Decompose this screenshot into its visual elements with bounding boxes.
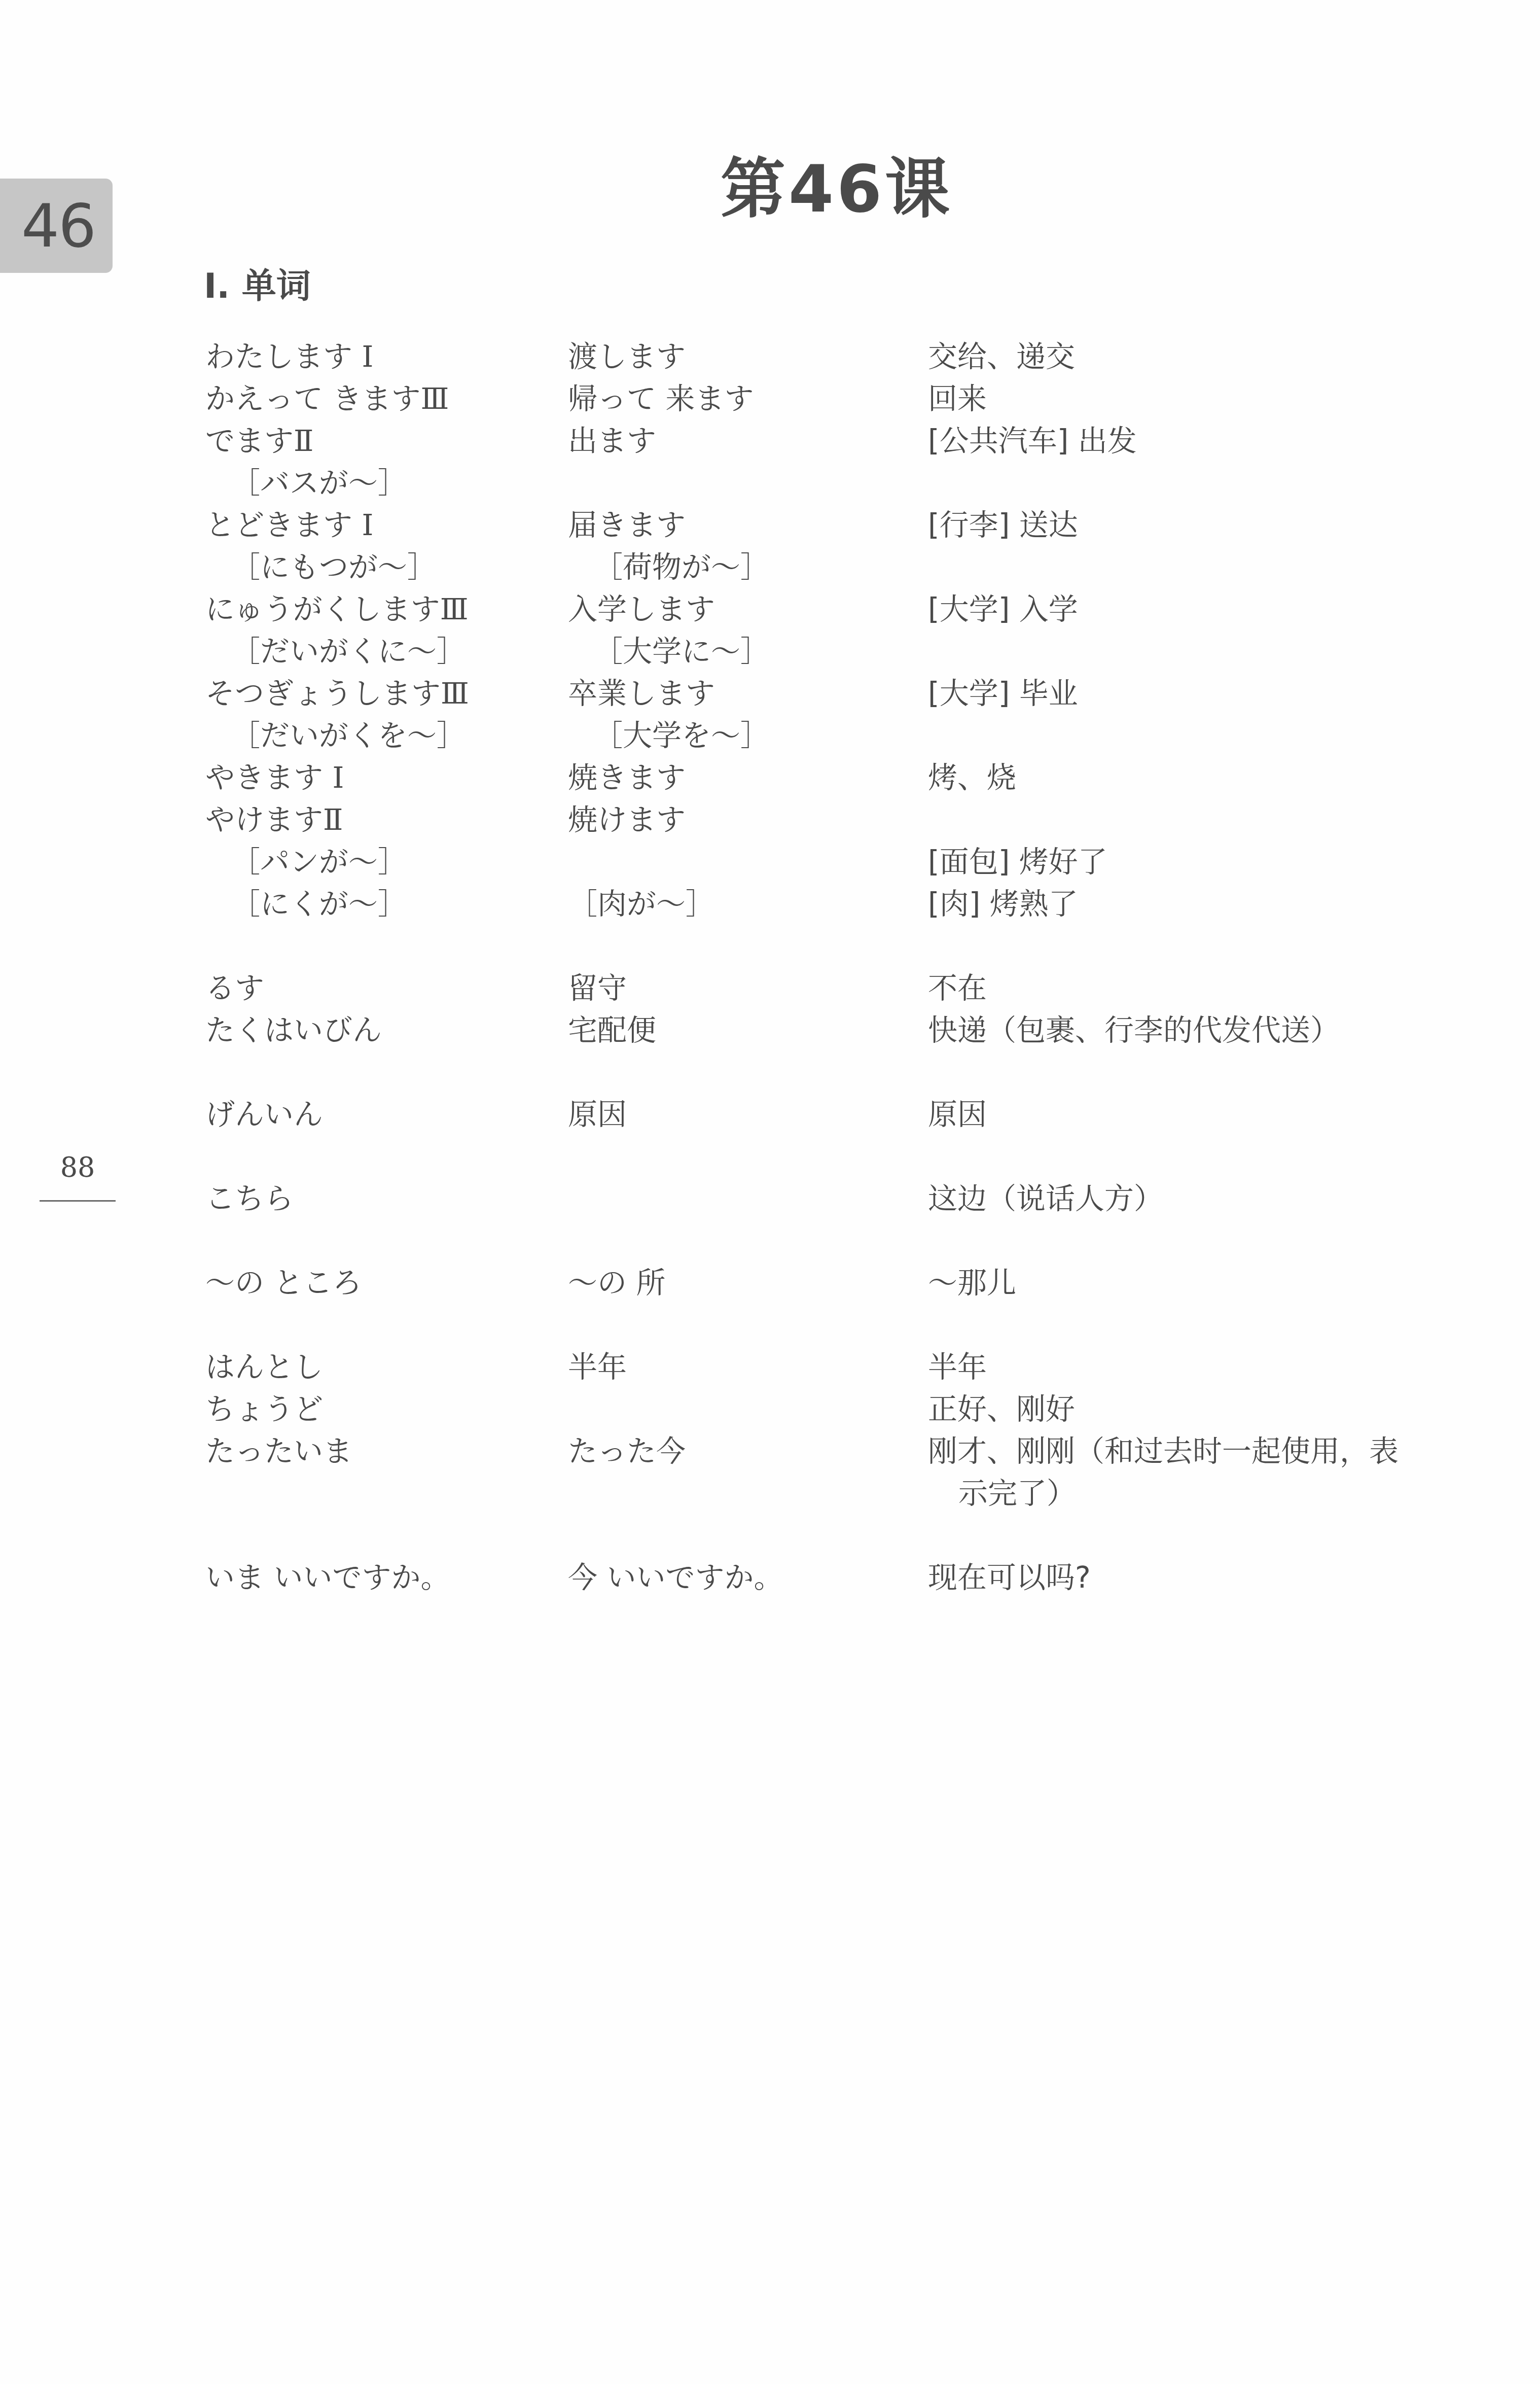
kanji: 原因: [568, 1094, 627, 1136]
kana: そつぎょうしますⅢ: [205, 673, 469, 715]
vocab-row: ～の ところ ～の 所 ～那儿: [0, 1262, 1540, 1304]
vocab-subrow: ［にもつが～］ ［荷物が～］: [0, 546, 1540, 588]
kana: たったいま: [205, 1430, 352, 1473]
kana: るす: [205, 967, 264, 1009]
vocab-subrow: ［パンが～］ [面包] 烤好了: [0, 841, 1540, 883]
kanji: 卒業します: [568, 673, 715, 715]
vocab-row: たったいま たった今 刚才、刚刚（和过去时一起使用，表: [0, 1430, 1540, 1473]
kana: やきます I: [205, 757, 344, 799]
kana-usage: ［だいがくを～］: [231, 715, 466, 757]
vocab-row: げんいん 原因 原因: [0, 1094, 1540, 1136]
vocab-row-continuation: 示完了）: [0, 1473, 1540, 1515]
vocab-row: るす 留守 不在: [0, 967, 1540, 1009]
vocab-row: やきます I 焼きます 烤、烧: [0, 757, 1540, 799]
meaning: [面包] 烤好了: [928, 841, 1107, 883]
kana-usage: ［バスが～］: [231, 462, 407, 504]
page-title: 第46课: [659, 137, 1014, 230]
vocab-row: にゅうがくしますⅢ 入学します [大学] 入学: [0, 588, 1540, 630]
lesson-tab-number: 46: [17, 191, 95, 261]
meaning: 烤、烧: [928, 757, 1016, 799]
vocab-row: わたします I 渡します 交给、递交: [0, 336, 1540, 378]
meaning: 快递（包裹、行李的代发代送）: [928, 1009, 1340, 1051]
spacer: [0, 1304, 1540, 1346]
kana: こちら: [205, 1178, 294, 1220]
kanji: 焼けます: [568, 799, 686, 841]
kanji: 出ます: [568, 420, 656, 462]
kana: はんとし: [205, 1346, 323, 1388]
vocab-row: でますⅡ 出ます [公共汽车] 出发: [0, 420, 1540, 462]
spacer: [0, 1051, 1540, 1094]
vocab-row: こちら 这边（说话人方）: [0, 1178, 1540, 1220]
meaning: 原因: [928, 1094, 987, 1136]
kana: ちょうど: [205, 1388, 323, 1430]
vocab-subrow: ［だいがくを～］ ［大学を～］: [0, 715, 1540, 757]
vocab-row: やけますⅡ 焼けます: [0, 799, 1540, 841]
meaning: 现在可以吗?: [928, 1557, 1091, 1599]
meaning: 回来: [928, 378, 987, 420]
spacer: [0, 925, 1540, 967]
page-number: 88: [40, 1151, 116, 1183]
vocab-subrow: ［にくが～］ ［肉が～］ [肉] 烤熟了: [0, 883, 1540, 925]
vocab-row: いま いいですか。 今 いいですか。 现在可以吗?: [0, 1557, 1540, 1599]
kanji-usage: ［大学を～］: [593, 715, 770, 757]
meaning: [行李] 送达: [928, 504, 1078, 546]
kanji: 焼きます: [568, 757, 686, 799]
kanji-usage: ［大学に～］: [593, 630, 770, 673]
meaning: [公共汽车] 出发: [928, 420, 1137, 462]
vocab-list: わたします I 渡します 交给、递交 かえって きますⅢ 帰って 来ます 回来 …: [0, 336, 1540, 1599]
kanji: 届きます: [568, 504, 686, 546]
meaning: [大学] 毕业: [928, 673, 1078, 715]
kanji-usage: ［荷物が～］: [593, 546, 770, 588]
kana-usage: ［にもつが～］: [231, 546, 437, 588]
vocab-row: はんとし 半年 半年: [0, 1346, 1540, 1388]
vocab-row: そつぎょうしますⅢ 卒業します [大学] 毕业: [0, 673, 1540, 715]
vocab-row: かえって きますⅢ 帰って 来ます 回来: [0, 378, 1540, 420]
kanji: 留守: [568, 967, 627, 1009]
kanji-usage: ［肉が～］: [568, 883, 715, 925]
kana-usage: ［にくが～］: [231, 883, 407, 925]
spacer: [0, 1515, 1540, 1557]
kanji: たった今: [568, 1430, 686, 1473]
kanji: 半年: [568, 1346, 627, 1388]
spacer: [0, 1136, 1540, 1178]
vocab-row: ちょうど 正好、刚好: [0, 1388, 1540, 1430]
meaning-continuation: 示完了）: [958, 1473, 1076, 1515]
kana: やけますⅡ: [205, 799, 343, 841]
vocab-row: たくはいびん 宅配便 快递（包裹、行李的代发代送）: [0, 1009, 1540, 1051]
section-heading: I. 单词: [204, 259, 311, 308]
meaning: [肉] 烤熟了: [928, 883, 1078, 925]
kana: ～の ところ: [205, 1262, 362, 1304]
kana: でますⅡ: [205, 420, 313, 462]
vocab-subrow: ［バスが～］: [0, 462, 1540, 504]
kana: にゅうがくしますⅢ: [205, 588, 469, 630]
meaning: 刚才、刚刚（和过去时一起使用，表: [928, 1430, 1399, 1473]
kanji: 渡します: [568, 336, 686, 378]
kanji: 今 いいですか。: [568, 1557, 783, 1599]
kana: いま いいですか。: [205, 1557, 450, 1599]
meaning: 正好、刚好: [928, 1388, 1075, 1430]
vocab-subrow: ［だいがくに～］ ［大学に～］: [0, 630, 1540, 673]
vocab-row: とどきます I 届きます [行李] 送达: [0, 504, 1540, 546]
meaning: 不在: [928, 967, 987, 1009]
kana: わたします I: [205, 336, 373, 378]
lesson-tab: 46: [0, 179, 113, 273]
kanji: 入学します: [568, 588, 715, 630]
meaning: 这边（说话人方）: [928, 1178, 1163, 1220]
kana: たくはいびん: [205, 1009, 382, 1051]
meaning: 交给、递交: [928, 336, 1075, 378]
spacer: [0, 1220, 1540, 1262]
kanji: 宅配便: [568, 1009, 656, 1051]
kana-usage: ［パンが～］: [231, 841, 407, 883]
meaning: ～那儿: [928, 1262, 1016, 1304]
kanji: 帰って 来ます: [568, 378, 754, 420]
meaning: 半年: [928, 1346, 987, 1388]
kana: とどきます I: [205, 504, 373, 546]
meaning: [大学] 入学: [928, 588, 1078, 630]
page-number-underline: [40, 1200, 116, 1202]
kanji: ～の 所: [568, 1262, 665, 1304]
kana-usage: ［だいがくに～］: [231, 630, 466, 673]
kana: かえって きますⅢ: [205, 378, 449, 420]
kana: げんいん: [205, 1094, 323, 1136]
